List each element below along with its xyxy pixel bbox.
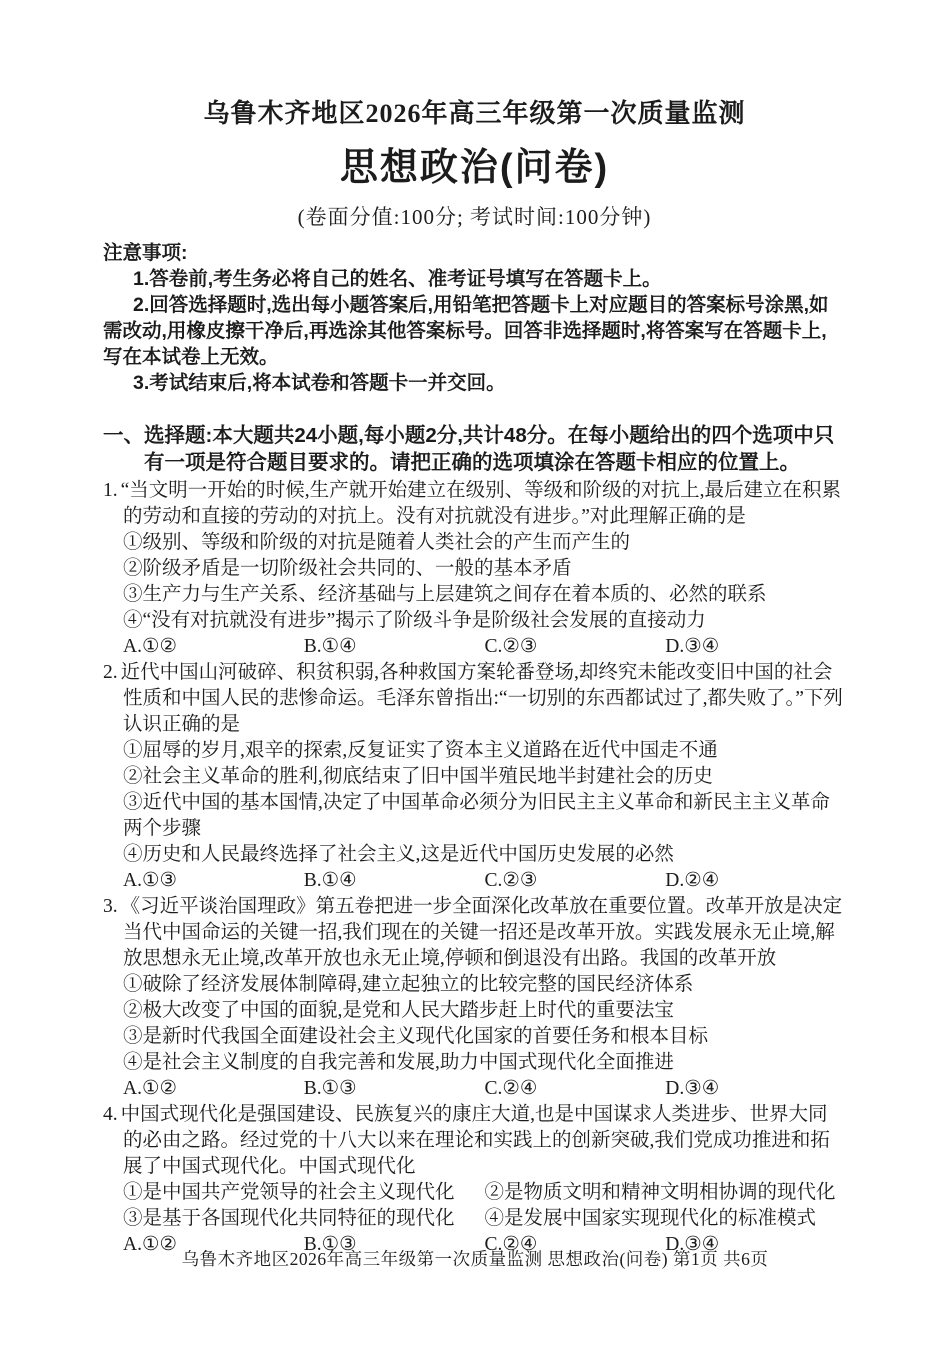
question-1-option-1: ①级别、等级和阶级的对抗是随着人类社会的产生而产生的: [103, 530, 846, 556]
question-1-option-3: ③生产力与生产关系、经济基础与上层建筑之间存在着本质的、必然的联系: [103, 582, 846, 608]
question-3-choice-a: A.①②: [123, 1076, 304, 1102]
exam-paper-page: 乌鲁木齐地区2026年高三年级第一次质量监测 思想政治(问卷) (卷面分值:10…: [0, 0, 950, 1346]
question-4-option-4: ④是发展中国家实现现代化的标准模式: [485, 1206, 847, 1232]
question-3-choice-b: B.①③: [304, 1076, 485, 1102]
section-header-choice-questions: 一、选择题:本大题共24小题,每小题2分,共计48分。在每小题给出的四个选项中只…: [103, 422, 846, 476]
question-3-number: 3.: [103, 896, 121, 917]
question-4-number: 4.: [103, 1104, 121, 1125]
question-1-choice-b: B.①④: [304, 634, 485, 660]
question-3-choice-c: C.②④: [485, 1076, 666, 1102]
page-content: 乌鲁木齐地区2026年高三年级第一次质量监测 思想政治(问卷) (卷面分值:10…: [0, 0, 950, 1258]
question-4-options-grid: ①是中国共产党领导的社会主义现代化 ②是物质文明和精神文明相协调的现代化 ③是基…: [103, 1180, 846, 1232]
notices-label: 注意事项:: [103, 240, 846, 266]
notices-section: 注意事项: 1.答卷前,考生务必将自己的姓名、准考证号填写在答题卡上。 2.回答…: [103, 240, 846, 396]
question-3-choice-d: D.③④: [665, 1076, 846, 1102]
question-2-option-2: ②社会主义革命的胜利,彻底结束了旧中国半殖民地半封建社会的历史: [103, 764, 846, 790]
question-4-option-1: ①是中国共产党领导的社会主义现代化: [123, 1180, 485, 1206]
question-2-stem: 2.近代中国山河破碎、积贫积弱,各种救国方案轮番登场,却终究未能改变旧中国的社会…: [103, 660, 846, 738]
question-1-option-4: ④“没有对抗就没有进步”揭示了阶级斗争是阶级社会发展的直接动力: [103, 608, 846, 634]
question-3-stem-text: 《习近平谈治国理政》第五卷把进一步全面深化改革放在重要位置。改革开放是决定当代中…: [121, 896, 843, 969]
question-1-option-2: ②阶级矛盾是一切阶级社会共同的、一般的基本矛盾: [103, 556, 846, 582]
question-2-choice-a: A.①③: [123, 868, 304, 894]
question-3-option-1: ①破除了经济发展体制障碍,建立起独立的比较完整的国民经济体系: [103, 972, 846, 998]
question-1-choices: A.①② B.①④ C.②③ D.③④: [103, 634, 846, 660]
question-4-stem-text: 中国式现代化是强国建设、民族复兴的康庄大道,也是中国谋求人类进步、世界大同的必由…: [121, 1104, 830, 1177]
question-1-stem-text: “当文明一开始的时候,生产就开始建立在级别、等级和阶级的对抗上,最后建立在积累的…: [121, 480, 841, 527]
question-4: 4.中国式现代化是强国建设、民族复兴的康庄大道,也是中国谋求人类进步、世界大同的…: [103, 1102, 846, 1258]
question-3-option-3: ③是新时代我国全面建设社会主义现代化国家的首要任务和根本目标: [103, 1024, 846, 1050]
question-3-choices: A.①② B.①③ C.②④ D.③④: [103, 1076, 846, 1102]
page-title: 乌鲁木齐地区2026年高三年级第一次质量监测: [103, 96, 846, 132]
question-1-choice-c: C.②③: [485, 634, 666, 660]
question-3-option-4: ④是社会主义制度的自我完善和发展,助力中国式现代化全面推进: [103, 1050, 846, 1076]
question-1: 1.“当文明一开始的时候,生产就开始建立在级别、等级和阶级的对抗上,最后建立在积…: [103, 478, 846, 660]
question-1-number: 1.: [103, 480, 121, 501]
question-2-option-3: ③近代中国的基本国情,决定了中国革命必须分为旧民主主义革命和新民主主义革命两个步…: [103, 790, 846, 842]
question-2-option-1: ①屈辱的岁月,艰辛的探索,反复证实了资本主义道路在近代中国走不通: [103, 738, 846, 764]
question-4-option-3: ③是基于各国现代化共同特征的现代化: [123, 1206, 485, 1232]
question-4-stem: 4.中国式现代化是强国建设、民族复兴的康庄大道,也是中国谋求人类进步、世界大同的…: [103, 1102, 846, 1180]
notice-item-3: 3.考试结束后,将本试卷和答题卡一并交回。: [103, 370, 846, 396]
question-4-option-2: ②是物质文明和精神文明相协调的现代化: [485, 1180, 847, 1206]
questions-list: 1.“当文明一开始的时候,生产就开始建立在级别、等级和阶级的对抗上,最后建立在积…: [103, 478, 846, 1258]
exam-info: (卷面分值:100分; 考试时间:100分钟): [103, 202, 846, 232]
question-3-option-2: ②极大改变了中国的面貌,是党和人民大踏步赶上时代的重要法宝: [103, 998, 846, 1024]
question-2-choice-d: D.②④: [665, 868, 846, 894]
question-2-choices: A.①③ B.①④ C.②③ D.②④: [103, 868, 846, 894]
question-2-choice-b: B.①④: [304, 868, 485, 894]
page-subtitle: 思想政治(问卷): [103, 142, 846, 194]
question-2-choice-c: C.②③: [485, 868, 666, 894]
question-3: 3.《习近平谈治国理政》第五卷把进一步全面深化改革放在重要位置。改革开放是决定当…: [103, 894, 846, 1102]
notice-item-1: 1.答卷前,考生务必将自己的姓名、准考证号填写在答题卡上。: [103, 266, 846, 292]
question-2-stem-text: 近代中国山河破碎、积贫积弱,各种救国方案轮番登场,却终究未能改变旧中国的社会性质…: [121, 662, 843, 735]
question-2-option-4: ④历史和人民最终选择了社会主义,这是近代中国历史发展的必然: [103, 842, 846, 868]
question-3-stem: 3.《习近平谈治国理政》第五卷把进一步全面深化改革放在重要位置。改革开放是决定当…: [103, 894, 846, 972]
question-1-choice-a: A.①②: [123, 634, 304, 660]
question-2: 2.近代中国山河破碎、积贫积弱,各种救国方案轮番登场,却终究未能改变旧中国的社会…: [103, 660, 846, 894]
question-1-stem: 1.“当文明一开始的时候,生产就开始建立在级别、等级和阶级的对抗上,最后建立在积…: [103, 478, 846, 530]
notice-item-2: 2.回答选择题时,选出每小题答案后,用铅笔把答题卡上对应题目的答案标号涂黑,如需…: [103, 292, 846, 370]
page-footer: 乌鲁木齐地区2026年高三年级第一次质量监测 思想政治(问卷) 第1页 共6页: [0, 1246, 950, 1272]
question-1-choice-d: D.③④: [665, 634, 846, 660]
question-2-number: 2.: [103, 662, 121, 683]
